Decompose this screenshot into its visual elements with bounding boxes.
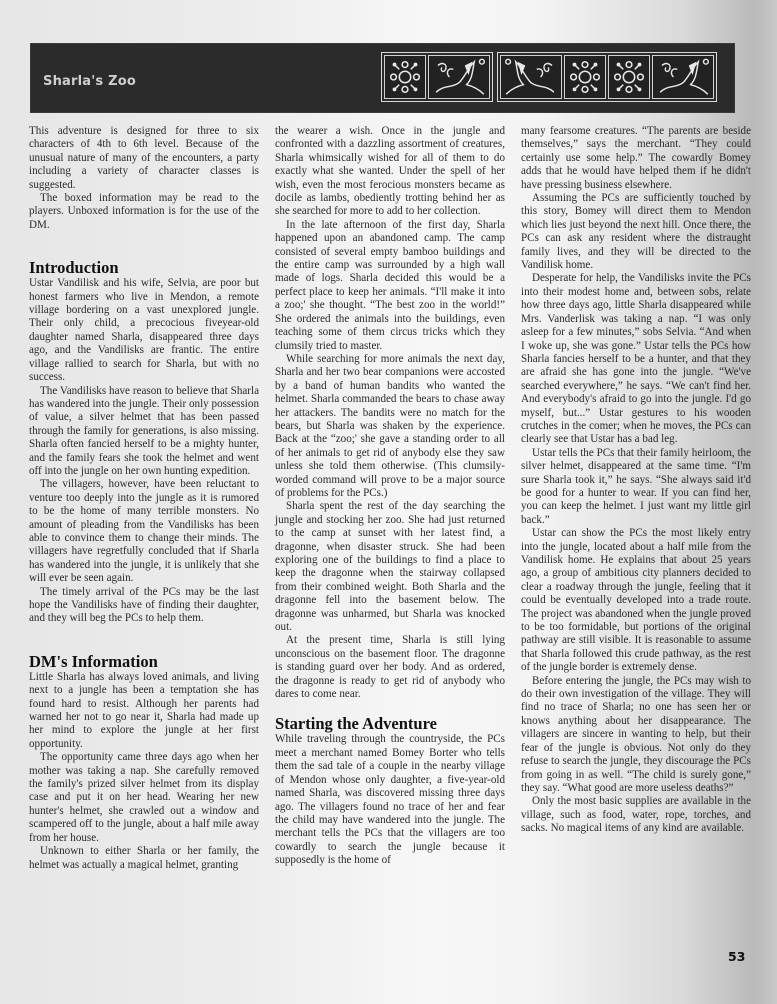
body-paragraph: Before entering the jungle, the PCs may … <box>521 675 751 796</box>
ornament-strip <box>381 52 717 102</box>
intro-paragraph: The boxed information may be read to the… <box>29 192 259 232</box>
body-paragraph: many fearsome creatures. “The parents ar… <box>521 125 751 192</box>
body-paragraph: In the late afternoon of the first day, … <box>275 219 505 353</box>
chapter-title: Sharla's Zoo <box>43 74 136 89</box>
section-heading-dm-information: DM's Information <box>29 652 259 671</box>
intro-paragraph: This adventure is designed for three to … <box>29 125 259 192</box>
body-paragraph: Assuming the PCs are sufficiently touche… <box>521 192 751 272</box>
chapter-banner: Sharla's Zoo <box>30 43 735 113</box>
body-paragraph: Ustar can show the PCs the most likely e… <box>521 527 751 674</box>
body-paragraph: Little Sharla has always loved animals, … <box>29 671 259 751</box>
column-3: many fearsome creatures. “The parents ar… <box>521 125 751 836</box>
knotwork-icon <box>564 55 606 99</box>
griffin-icon <box>500 55 562 99</box>
body-paragraph: The Vandilisks have reason to believe th… <box>29 385 259 479</box>
body-paragraph: Sharla spent the rest of the day searchi… <box>275 500 505 634</box>
body-paragraph: At the present time, Sharla is still lyi… <box>275 634 505 701</box>
ornament-group <box>497 52 717 102</box>
knotwork-icon <box>608 55 650 99</box>
section-heading-starting-the-adventure: Starting the Adventure <box>275 714 505 733</box>
document-page: Sharla's Zoo <box>0 0 777 1004</box>
body-paragraph: The timely arrival of the PCs may be the… <box>29 586 259 626</box>
ornament-group <box>381 52 493 102</box>
column-1: This adventure is designed for three to … <box>29 125 259 872</box>
body-paragraph: Unknown to either Sharla or her family, … <box>29 845 259 872</box>
page-number: 53 <box>728 949 745 964</box>
body-paragraph: Ustar Vandilisk and his wife, Selvia, ar… <box>29 277 259 384</box>
griffin-icon <box>428 55 490 99</box>
body-paragraph: While traveling through the countryside,… <box>275 733 505 867</box>
body-paragraph: The opportunity came three days ago when… <box>29 751 259 845</box>
body-paragraph: Ustar tells the PCs that their family he… <box>521 447 751 527</box>
griffin-icon <box>652 55 714 99</box>
knotwork-icon <box>384 55 426 99</box>
body-paragraph: The villagers, however, have been reluct… <box>29 478 259 585</box>
body-paragraph: Desperate for help, the Vandilisks invit… <box>521 272 751 446</box>
body-paragraph: Only the most basic supplies are availab… <box>521 795 751 835</box>
column-2: the wearer a wish. Once in the jungle an… <box>275 125 505 868</box>
body-paragraph: While searching for more animals the nex… <box>275 353 505 500</box>
body-paragraph: the wearer a wish. Once in the jungle an… <box>275 125 505 219</box>
section-heading-introduction: Introduction <box>29 258 259 277</box>
